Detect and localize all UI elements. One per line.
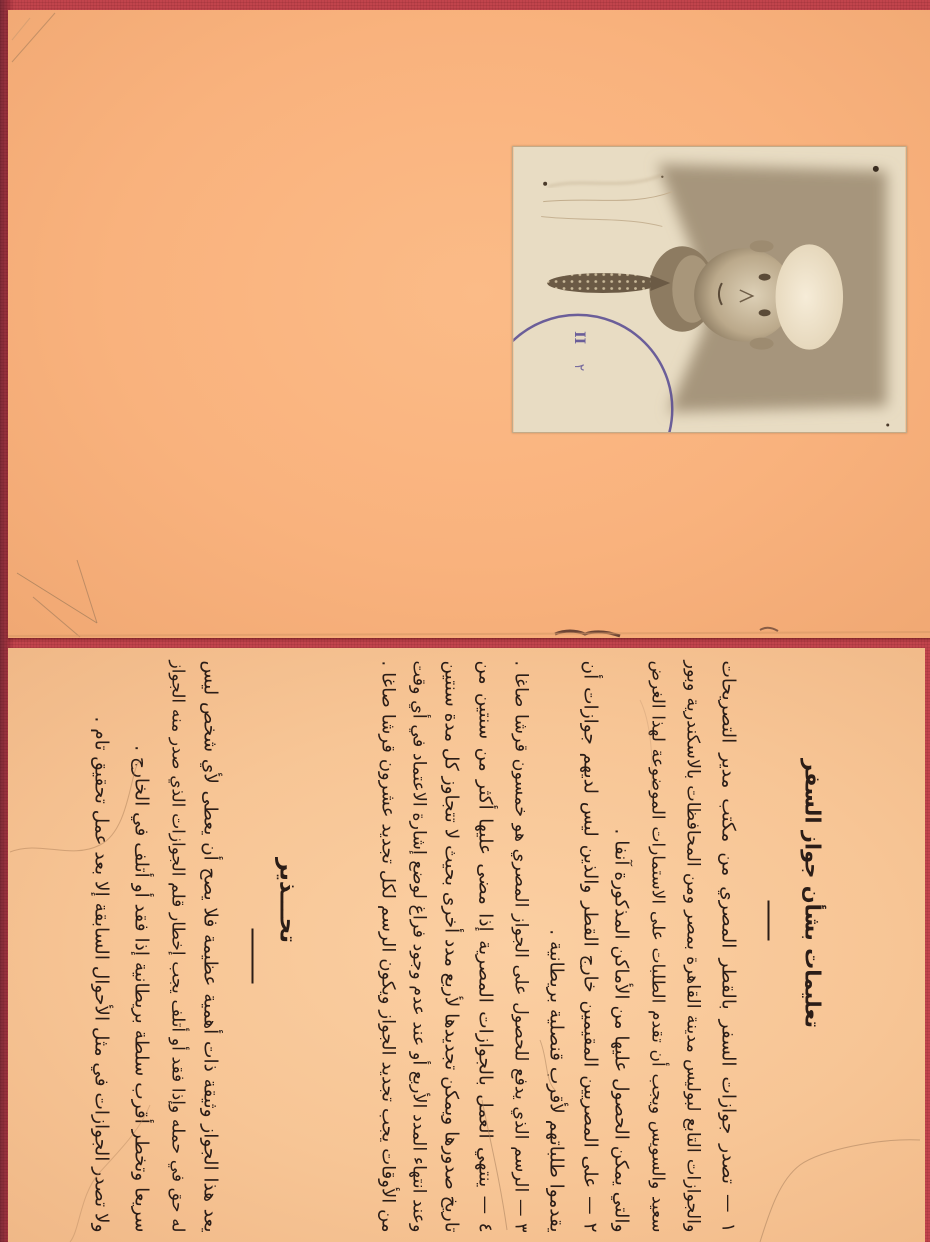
instruction-line: يقدموا طلباتهم لأقرب قنصلية بريطانية . <box>538 660 572 1232</box>
line-text: وعند انتهاء المدد الأربع أو عند عدم وجود… <box>408 660 428 1232</box>
warning-line: له حق في حمله وإذا فقد أو أتلف يجب إخطار… <box>160 660 194 1232</box>
stamp-mark-1: II <box>571 331 587 344</box>
instructions-text-block: تعليمات بشأن جواز السفر ١ — تصدر جوازات … <box>8 648 925 1242</box>
instruction-line: والتي يمكن الحصول عليها من الأماكن المذك… <box>603 660 637 1232</box>
warning-divider <box>251 928 253 983</box>
warning-line: يعد هذا الجواز وثيقة ذات أهمية عظيمة فلا… <box>192 660 226 1232</box>
line-text: ٤ — ينتهي العمل بالجوازات المصرية إذا مض… <box>474 660 495 1232</box>
line-text: يعد هذا الجواز وثيقة ذات أهمية عظيمة فلا… <box>199 660 220 1232</box>
warning-heading: تحـــذير <box>269 648 305 1152</box>
line-text: له حق في حمله وإذا فقد أو أتلف يجب إخطار… <box>167 660 187 1232</box>
line-text: والتي يمكن الحصول عليها من الأماكن المذك… <box>610 828 631 1232</box>
instruction-line: ١ — تصدر جوازات السفر بالقطر المصري من م… <box>710 660 744 1232</box>
instruction-line: سعيد والسويس ويجب أن تقدم الطلبات على ال… <box>640 660 674 1232</box>
line-text: ٢ — على المصريين المقيمين خارج القطر وال… <box>579 660 600 1232</box>
line-text: من الأوقات يجب تجديد الجواز ويكون الرسم … <box>377 660 398 1232</box>
instructions-page: تعليمات بشأن جواز السفر ١ — تصدر جوازات … <box>8 648 925 1242</box>
line-text: والجوازات التابع لبوليس مدينة القاهرة بم… <box>682 660 702 1232</box>
portrait-photo: II ٢ <box>512 146 907 433</box>
page-title: تعليمات بشأن جواز السفر <box>795 648 829 1138</box>
instruction-line: ٣ — الرسم الذي يدفع للحصول على الجواز ال… <box>503 660 537 1232</box>
title-divider <box>767 900 769 940</box>
line-text: ١ — تصدر جوازات السفر بالقطر المصري من م… <box>717 660 738 1232</box>
instruction-line: والجوازات التابع لبوليس مدينة القاهرة بم… <box>675 660 709 1232</box>
instruction-line: وعند انتهاء المدد الأربع أو عند عدم وجود… <box>401 660 435 1232</box>
instruction-line: من الأوقات يجب تجديد الجواز ويكون الرسم … <box>370 660 404 1232</box>
instruction-line: تاريخ صدورها ويمكن تجديدها لأربع مدد أخر… <box>433 660 467 1232</box>
warning-line: سريعا وتخطر أقرب سلطة بريطانية إذا فقد أ… <box>123 660 157 1232</box>
line-text: ٣ — الرسم الذي يدفع للحصول على الجواز ال… <box>510 660 530 1232</box>
line-text: سعيد والسويس ويجب أن تقدم الطلبات على ال… <box>647 660 667 1232</box>
line-text: ولا تصدر الجوازات في مثل الأحوال السابقة… <box>90 716 111 1232</box>
warning-line: ولا تصدر الجوازات في مثل الأحوال السابقة… <box>83 660 117 1232</box>
line-text: تاريخ صدورها ويمكن تجديدها لأربع مدد أخر… <box>440 660 461 1232</box>
line-text: يقدموا طلباتهم لأقرب قنصلية بريطانية . <box>545 929 566 1232</box>
stamp-mark-2: ٢ <box>571 364 587 371</box>
instruction-line: ٢ — على المصريين المقيمين خارج القطر وال… <box>572 660 606 1232</box>
portrait-photo-image: II ٢ <box>513 147 906 432</box>
line-text: سريعا وتخطر أقرب سلطة بريطانية إذا فقد أ… <box>130 745 151 1232</box>
instruction-line: ٤ — ينتهي العمل بالجوازات المصرية إذا مض… <box>467 660 501 1232</box>
